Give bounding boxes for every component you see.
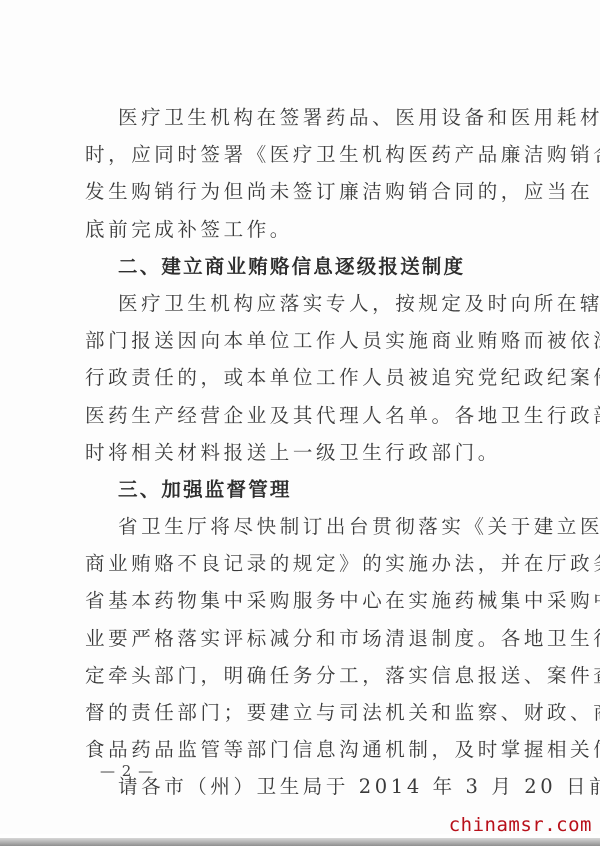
paragraph-line: 时，应同时签署《医疗卫生机构医药产品廉洁购销合同》。已经: [85, 136, 525, 173]
paragraph-line: 时将相关材料报送上一级卫生行政部门。: [85, 434, 525, 471]
section-heading-2: 二、建立商业贿赂信息逐级报送制度: [85, 248, 525, 285]
paragraph-line: 督的责任部门；要建立与司法机关和监察、财政、商务、工商、: [85, 694, 525, 731]
paragraph-line: 医药生产经营企业及其代理人名单。各地卫生行政部门按规定及: [85, 397, 525, 434]
paragraph-line: 省基本药物集中采购服务中心在实施药械集中采购中，对违规企: [85, 582, 525, 619]
paragraph-line: 业要严格落实评标减分和市场清退制度。各地卫生行政部门要指: [85, 620, 525, 657]
paragraph-line: 底前完成补签工作。: [85, 211, 525, 248]
page-number: — 2 —: [100, 762, 154, 780]
paragraph-line: 行政责任的，或本单位工作人员被追究党纪政纪案件中涉及到的: [85, 359, 525, 396]
document-body: 医疗卫生机构在签署药品、医用设备和医用耗材等采购合同 时，应同时签署《医疗卫生机…: [85, 99, 525, 806]
watermark-logo: chinamsr.com: [449, 814, 592, 836]
paragraph-line: 商业贿赂不良记录的规定》的实施办法，并在厅政务网开设专栏。: [85, 545, 525, 582]
document-page: 医疗卫生机构在签署药品、医用设备和医用耗材等采购合同 时，应同时签署《医疗卫生机…: [0, 0, 600, 834]
section-heading-3: 三、加强监督管理: [85, 471, 525, 508]
paragraph-line: 部门报送因向本单位工作人员实施商业贿赂而被依法追究刑事、: [85, 322, 525, 359]
paragraph-line: 医疗卫生机构应落实专人，按规定及时向所在辖区卫生行政: [85, 285, 525, 322]
paragraph-line: 发生购销行为但尚未签订廉洁购销合同的，应当在 2014 年 4 月: [85, 173, 525, 210]
paragraph-line: 医疗卫生机构在签署药品、医用设备和医用耗材等采购合同: [85, 99, 525, 136]
paragraph-line: 省卫生厅将尽快制订出台贯彻落实《关于建立医药购销领域: [85, 508, 525, 545]
bottom-shadow-bar: [0, 838, 600, 846]
paragraph-line: 定牵头部门，明确任务分工，落实信息报送、案件查处、工作监: [85, 657, 525, 694]
